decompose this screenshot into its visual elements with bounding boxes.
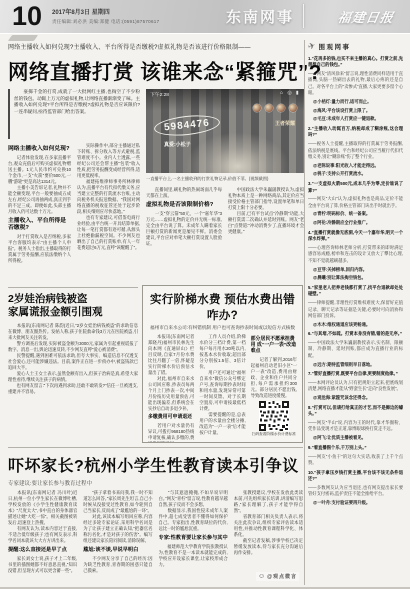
body-text: 若用户对水量仍有异议,可拨打968180热线申请复核,确认多缴的,费用将原路退回… (148, 423, 194, 443)
sidebar-quote-list: 1.“花再多的钱,也买不来主播的真心。打赏之前,先想想自己的钱包。”——网友“清… (308, 56, 403, 506)
story-headline: 实行阶梯水费 预估水费出错咋办? (148, 291, 297, 323)
livestream-screenshot: 下午2:28 ⌂ ◎ ▮ 5984476 真爱:小松子 王者荣耀 (146, 89, 304, 173)
sidebar-quote: 1.“花再多的钱,也买不来主播的真心。打赏之前,先想想自己的钱包。” (308, 56, 403, 69)
sidebar-quote: @桃子:支持公开打赏流水。 (308, 171, 403, 177)
qr-caption: 扫码查看阶梯水价计费标准 (251, 432, 297, 437)
subhead-expert: 专家:性教育要让家长参与其中 (159, 535, 228, 542)
article-column: “与其遮遮掩掩,不如早说早明白。”网友“青柠”留言说,性教育越早越自然,孩子反而… (159, 490, 228, 576)
sidebar-quote: 9.“看直播图个乐,千万别上头。” (308, 445, 403, 451)
lead-left-columns: 网络主播收入如何兑现? 记者体验发现,在多家直播平台,观众充值后可购买虚拟礼物赠… (8, 143, 140, 284)
body-text: 本报讯(东南网记者 郑晓丹)福州市民林先生向本网《直通屏山》栏目反映,自家7月份… (148, 334, 194, 412)
sidebar-quote: 8.“打赏可以,但请打给真正的才艺,而不是擦边的噱头。” (308, 405, 403, 418)
body-text: 实际操作中,部分主播通过私下转账、拆分收入等方式避税,监管难度不小。业内人士透露… (77, 143, 140, 251)
sidebar-quote: ——本网评论员认为,只有把规矩立起来,把底线划清楚,网络直播才能从“野蛮生长”走… (308, 380, 403, 393)
qr-code (259, 401, 289, 431)
fold-decoration (8, 35, 38, 41)
sidebar-quote: @观沧海:紧箍咒该念还得念。 (308, 395, 403, 401)
header-divider (303, 4, 305, 28)
sidebar-quote: @小桔灯:量力而行,适可而止。 (308, 99, 403, 105)
page-number: 10 (12, 0, 42, 33)
sidebar-quote: 7.“管好直播打赏,既要平台自律,更要制度他律。” (308, 371, 403, 377)
paper-plane-icon: ✈ (308, 41, 317, 52)
story-subtitle: 专家建议:要让家长参与教育过程中 (8, 479, 303, 487)
sidebar-header: ✈ 围观网事 (308, 42, 403, 51)
sidebar-quote: @毛豆:未成年人打赏应一键退款。 (308, 116, 403, 122)
body-text: 本报讯(东南网记者 冯川叶)近日,杭州一位小学生家长在微博吐槽,学校发放的《小学… (8, 490, 77, 544)
body-text: 本报讯(东南网记者 陈韵)近日,“2岁女娃治病钱被盗”的求助信息在微博、朋友圈热… (8, 323, 138, 395)
page-header: 10 2017年8月3日 星期四 责任编辑:刘必洪 美编:郑健 电话:(0591… (0, 0, 410, 34)
body-text: 福建师范大学教育学院张教授认为,性教育不是一本读本就能完成的,学校应开设家长课堂… (159, 544, 228, 568)
sidebar-quote: @远方:期待监管细则早日落地。 (308, 362, 403, 368)
subhead-income: 网络主播收入如何兑现? (8, 146, 71, 153)
body-text: 记者体验发现,在多家直播平台,观众充值后可购买虚拟礼物赠送主播。1元人民币约可兑… (8, 155, 71, 215)
lede-paragraph: 豪掷千金的打赏,成就了一大批网红主播,也掏空了不少粉丝的钱包。动辄上万元的虚拟礼… (8, 89, 140, 139)
body-text: 家长刘女士说,孩子才上二年级,书里的插图她都不好意思直视,“知识没错,但呈现方式… (8, 556, 77, 574)
body-text: 工作人员介绍,阶梯水价分三档计费,第一档每户每月用水20吨以内,按基本水价收取;… (199, 334, 245, 436)
staff-line: 责任编辑:刘必洪 美编:郑健 电话:(0591)87570617 (52, 19, 159, 25)
body-text: 直播间里,刷礼物的热闹场面几乎每天都在上演。 (146, 187, 222, 199)
viewer-avatars (253, 104, 297, 112)
sidebar-quote: ——税务人士提醒,主播取得的打赏属于劳务报酬,依法纳税是底线。平台和经纪公司应当… (308, 141, 403, 160)
sidebar-quote: @青柠:明码标价、统一备案。 (308, 211, 403, 217)
mascot-icon: ☺ (258, 573, 265, 580)
date-line: 2017年8月3日 星期四 (52, 7, 159, 16)
newspaper-logo: 福建日报 (336, 7, 395, 26)
sidebar-quote: @一叶舟:支付验证要再升级。 (308, 500, 403, 506)
sidebar-quote: @老陈说事:阳光收入才能走得远。 (308, 163, 403, 169)
sidebar-quote: @阿飞:让优质主播被看见。 (308, 435, 403, 441)
avatar (277, 104, 285, 112)
body-text: “孩子拿着书来问我,我一时不知道怎么回答。”家长周先生坦言,自己小时候从没接受过… (83, 490, 152, 544)
body-text: “与其遮遮掩掩,不如早说早明白。”网友“青柠”留言说,性教育越早越自然,孩子反而… (159, 490, 228, 532)
sidebar-quote: ——心理咨询师林老师分析,打赏带来的即时满足感容易成瘾,榜单和连击的设计又放大了… (308, 245, 403, 264)
story-sex-education: 吓坏家长?杭州小学生性教育读本引争议 专家建议:要让家长参与教育过程中 本报讯(… (8, 447, 303, 585)
story-water-fee: 实行阶梯水费 预估水费出错咋办? 福州市自来水公司:有纠错机制 用户也可查询抄表… (142, 285, 303, 443)
article-column: 张教授建议,学校在发放此类读本前,可先组织家长培训,讲清编写思路,“家长理解了,… (234, 490, 303, 576)
article-column: 本报讯(东南网记者 郑晓丹)福州市民林先生向本网《直通屏山》栏目反映,自家7月份… (148, 334, 194, 443)
sidebar-divider (304, 40, 305, 585)
water-fee-columns: 本报讯(东南网记者 郑晓丹)福州市民林先生向本网《直通屏山》栏目反映,自家7月份… (148, 334, 297, 443)
story-stolen-money: 2岁娃治病钱被盗 家属谎报金额引围观 本报讯(东南网记者 陈韵)近日,“2岁女娃… (8, 287, 138, 449)
subhead-refund: 多缴费用可申请退还 (148, 415, 194, 421)
sidebar-quote: ——网友“小鱼干”的这句大实话,收获了上千个点赞。 (308, 454, 403, 467)
subhead-tax: 主播收入、平台所得是否缴税? (8, 218, 71, 232)
body-text: 中国政法大学朱巍副教授认为,虚拟礼物本质上是一种网络商品,其定价应当接受价格主管… (228, 187, 304, 235)
sidebar-quote: 3.“一支虚拟火箭500元,成本几乎为零,定价谁说了算?” (308, 181, 403, 194)
sidebar-quote: ——网友“半山”说,内容为王的时代,靠才华圈粉、凭作品变现才是正道,靠博眼球换打… (308, 420, 403, 433)
lead-story: 网络主播收入如何兑现?主播收入、平台所得是否缴税?虚拟礼物是否该进行价格限制——… (8, 42, 304, 284)
section-title: 东南网事 (226, 6, 294, 27)
article-column: 实际操作中,部分主播通过私下转账、拆分收入等方式避税,监管难度不小。业内人士透露… (77, 143, 140, 284)
bottom-columns: 本报讯(东南网记者 冯川叶)近日,杭州一位小学生家长在微博吐槽,学校发放的《小学… (8, 490, 303, 576)
story-headline: 吓坏家长?杭州小学生性教育读本引争议 (8, 453, 303, 476)
story-headline: 2岁娃治病钱被盗 家属谎报金额引围观 (8, 293, 138, 319)
sidebar-quote: ——律师提醒,非理性打赏维权难度大,保留好充值记录、聊天记录等证据是关键,必要时… (308, 300, 403, 319)
phone-clock: 下午2:28 (150, 91, 169, 98)
article-column: “孩子拿着书来问我,我一时不知道怎么回答。”家长周先生坦言,自己小时候从没接受过… (83, 490, 152, 576)
article-column: 网络主播收入如何兑现? 记者体验发现,在多家直播平台,观众充值后可购买虚拟礼物赠… (8, 143, 71, 284)
stamp-label: @观点微言 (267, 573, 297, 580)
lead-photo-block: 下午2:28 ⌂ ◎ ▮ 5984476 真爱:小松子 王者荣耀 一直播平台上,… (146, 89, 304, 181)
date-block: 2017年8月3日 星期四 责任编辑:刘必洪 美编:郑健 电话:(0591)87… (52, 7, 159, 25)
sidebar-quote: @木木:维权通道应该更畅通。 (308, 322, 403, 328)
article-column: 直播间里,刷礼物的热闹场面几乎每天都在上演。 虚拟礼物是否该限制价格? 一支“穿… (146, 187, 222, 284)
body-text: 对于打赏收入是否纳税,多家平台客服均表示“由主播个人申报”。税务人士指出,主播取… (8, 234, 71, 264)
lead-headline: 网络直播打赏 该谁来念“紧箍咒”? (8, 55, 304, 85)
sidebar-quote: @豆芽:关掉榜单,回归内容。 (308, 267, 403, 273)
subhead-awkward: 尴尬:谈不谈,早说早明白 (83, 547, 152, 554)
sidebar-quote: @海风:平台该设打赏上限了。 (308, 108, 403, 114)
sidebar-title: 围观网事 (319, 42, 351, 51)
article-column: 中国政法大学朱巍副教授认为,虚拟礼物本质上是一种网络商品,其定价应当接受价格主管… (228, 187, 304, 284)
sidebar-quote: ——网友“清风徐来”留言说,理性消费同样适用于直播间,头脑一热刷出去的礼物,最后… (308, 71, 403, 96)
sidebar-quote: ——多数网友认为应当退还,也有网友提出家长要管好支付密码,监护责任不能全推给平台… (308, 485, 403, 498)
photo-caption: 一直播平台上,一名主播收到的打赏礼物记录,价值不菲。(视频截图) (146, 176, 304, 181)
netizen-quotes-column: ✈ 围观网事 1.“花再多的钱,也买不来主播的真心。打赏之前,先想想自己的钱包。… (308, 40, 403, 585)
sidebar-quote: 6.“与其堵,不如疏。打赏本身没有错,错的是无序。” (308, 331, 403, 337)
sidebar-quote: 10.“孩子拿压岁钱打赏主播,平台该不该无条件退还?” (308, 470, 403, 483)
sidebar-quote: 2.“主播收入动辄百万,纳税却成了糊涂账,这合理吗?” (308, 126, 403, 139)
sidebar-quote: @阿伦:冷静期应全行业推广。 (308, 220, 403, 226)
game-tag: 王者荣耀 (275, 120, 295, 127)
body-text: 不少网友分享了自己的经历:因为缺乏性教育,青春期的困惑只能自己摸索。 (83, 556, 152, 574)
gift-count-circled: 5984476 (153, 113, 221, 139)
sidebar-quote: 4.“直播打赏就像无底洞,今天一个嘉年华,明天一个深水炸弹。” (308, 230, 403, 243)
sidebar-quote: ——中国政法大学朱巍副教授表示,实名制、限额制、冷静期、延时到账,都应成为直播行… (308, 340, 403, 359)
body-text: 一支“穿云箭”50元、一个“嘉年华”3万元……虚拟礼物的定价并无统一标准,完全由… (146, 211, 222, 247)
column-stamp: ☺ @观点微言 (256, 572, 299, 581)
subhead-price: 虚拟礼物是否该限制价格? (146, 202, 222, 209)
kicker: 网络主播收入如何兑现?主播收入、平台所得是否缴税?虚拟礼物是否该进行价格限制—— (8, 42, 304, 51)
article-column: 部分居民不愿承担费用 成“一户一表”改造难点 记者了解到,2016年起福州启动老… (251, 334, 297, 443)
sidebar-quote: ——网友“大山”认为,虚拟礼物也是商品,定价不能全由平台说了算,价格主管部门该出… (308, 196, 403, 209)
article-column: 本报讯(东南网记者 冯川叶)近日,杭州一位小学生家长在微博吐槽,学校发放的《小学… (8, 490, 77, 576)
article-column: 工作人员介绍,阶梯水价分三档计费,第一档每户每月用水20吨以内,按基本水价收取;… (199, 334, 245, 443)
sidebar-quote: @晨曦:别让算法掏空钱包。 (308, 275, 403, 281)
lead-middle-columns: 直播间里,刷礼物的热闹场面几乎每天都在上演。 虚拟礼物是否该限制价格? 一支“穿… (146, 187, 304, 284)
body-text: 记者了解到,2016年起福州启动老旧小区“一户一表”改造,费用由财政、企业和住户… (251, 357, 297, 399)
subhead-reminder: 提醒:这么直接还是早了点 (8, 547, 77, 554)
sidebar-quote: 5.“家里老人把养老钱都打赏了,找平台退款却处处碰壁。” (308, 285, 403, 298)
subhead-difficulty: 部分居民不愿承担费用 成“一户一表”改造难点 (251, 337, 297, 355)
body-text: 张教授建议,学校在发放此类读本前,可先组织家长培训,讲清编写思路,“家长理解了,… (234, 490, 303, 556)
newspaper-page: 10 2017年8月3日 星期四 责任编辑:刘必洪 美编:郑健 电话:(0591… (0, 0, 410, 589)
avatar (253, 104, 261, 112)
avatar (289, 104, 297, 112)
avatar (265, 104, 273, 112)
fan-badge: 真爱:小松子 (164, 141, 191, 148)
story-subtitle: 福州市自来水公司:有纠错机制 用户也可查询抄表时间或以短信方式核数 (148, 325, 297, 331)
phone-status-icons: ⌂ ◎ ▮ (280, 91, 300, 96)
